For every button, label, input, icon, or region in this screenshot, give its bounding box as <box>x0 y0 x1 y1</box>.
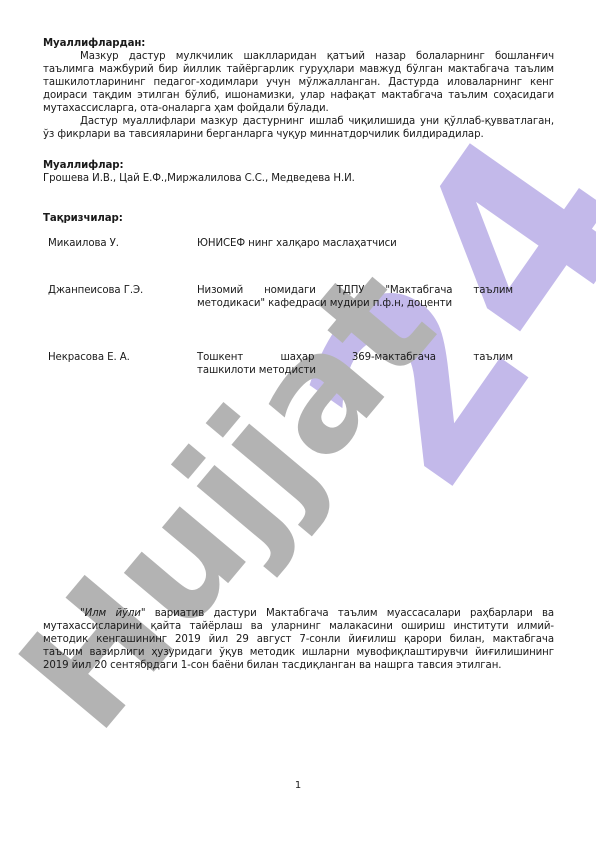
text-line: ўз фикрлари ва тавсияларини берганларга … <box>43 128 554 141</box>
text-line: Низомий номидаги ТДПУ "Мактабгача таълим <box>197 284 513 297</box>
text-line: мутахассисларини қайта тайёрлаш ва уларн… <box>43 620 554 633</box>
text-line: ташкилоти методисти <box>197 364 513 377</box>
reviewer-desc: Тошкент шаҳар 369-мактабгача таълим ташк… <box>197 351 513 377</box>
reviewer-desc: ЮНИСЕФ нинг халқаро маслаҳатчиси <box>197 237 513 250</box>
text-line: мутахассисларга, ота-оналарга ҳам фойдал… <box>43 102 554 115</box>
section-heading-authors: Муаллифлар: <box>43 159 123 172</box>
text-line: Дастур муаллифлари мазкур дастурнинг ишл… <box>43 115 554 128</box>
text-line: Грошева И.В., Цай Е.Ф.,Миржалилова С.С.,… <box>43 172 554 185</box>
text-line: методик кенгашининг 2019 йил 29 август 7… <box>43 633 554 646</box>
text-line: таълимга мажбурий бир йиллик тайёргарлик… <box>43 63 554 76</box>
section-heading-reviewers: Тақризчилар: <box>43 212 123 225</box>
reviewer-name: Джанпеисова Г.Э. <box>48 284 143 297</box>
text-line: 2019 йил 20 сентябрдаги 1-сон баёни била… <box>43 659 554 672</box>
text-line: методикаси" кафедраси мудири п.ф.н, доце… <box>197 297 513 310</box>
text-line: таълим вазирлиги ҳузуридаги ўқув методик… <box>43 646 554 659</box>
document-page: 24 Hujjat Муаллифлардан: Мазкур дастур м… <box>0 0 596 842</box>
text-line: ЮНИСЕФ нинг халқаро маслаҳатчиси <box>197 237 513 250</box>
text-line: ташкилотларининг педагог-ходимлари учун … <box>43 76 554 89</box>
text-line: доираси тақдим этилган бўлиб, ишонамизки… <box>43 89 554 102</box>
approval-paragraph: "Илм йўли" вариатив дастури Мактабгача т… <box>43 607 554 672</box>
section-heading-from-authors: Муаллифлардан: <box>43 37 145 50</box>
page-number: 1 <box>0 779 596 792</box>
page-content: Муаллифлардан: Мазкур дастур мулкчилик ш… <box>0 0 596 842</box>
reviewer-name: Микаилова У. <box>48 237 119 250</box>
authors-names: Грошева И.В., Цай Е.Ф.,Миржалилова С.С.,… <box>43 172 554 185</box>
from-authors-paragraphs: Мазкур дастур мулкчилик шаклларидан қатъ… <box>43 50 554 141</box>
text-span: вариатив дастури Мактабгача таълим муасс… <box>145 608 554 619</box>
program-title: "Илм йўли" <box>80 608 145 619</box>
text-line: Мазкур дастур мулкчилик шаклларидан қатъ… <box>43 50 554 63</box>
reviewer-desc: Низомий номидаги ТДПУ "Мактабгача таълим… <box>197 284 513 310</box>
reviewer-name: Некрасова Е. А. <box>48 351 130 364</box>
text-line: "Илм йўли" вариатив дастури Мактабгача т… <box>43 607 554 620</box>
text-line: Тошкент шаҳар 369-мактабгача таълим <box>197 351 513 364</box>
